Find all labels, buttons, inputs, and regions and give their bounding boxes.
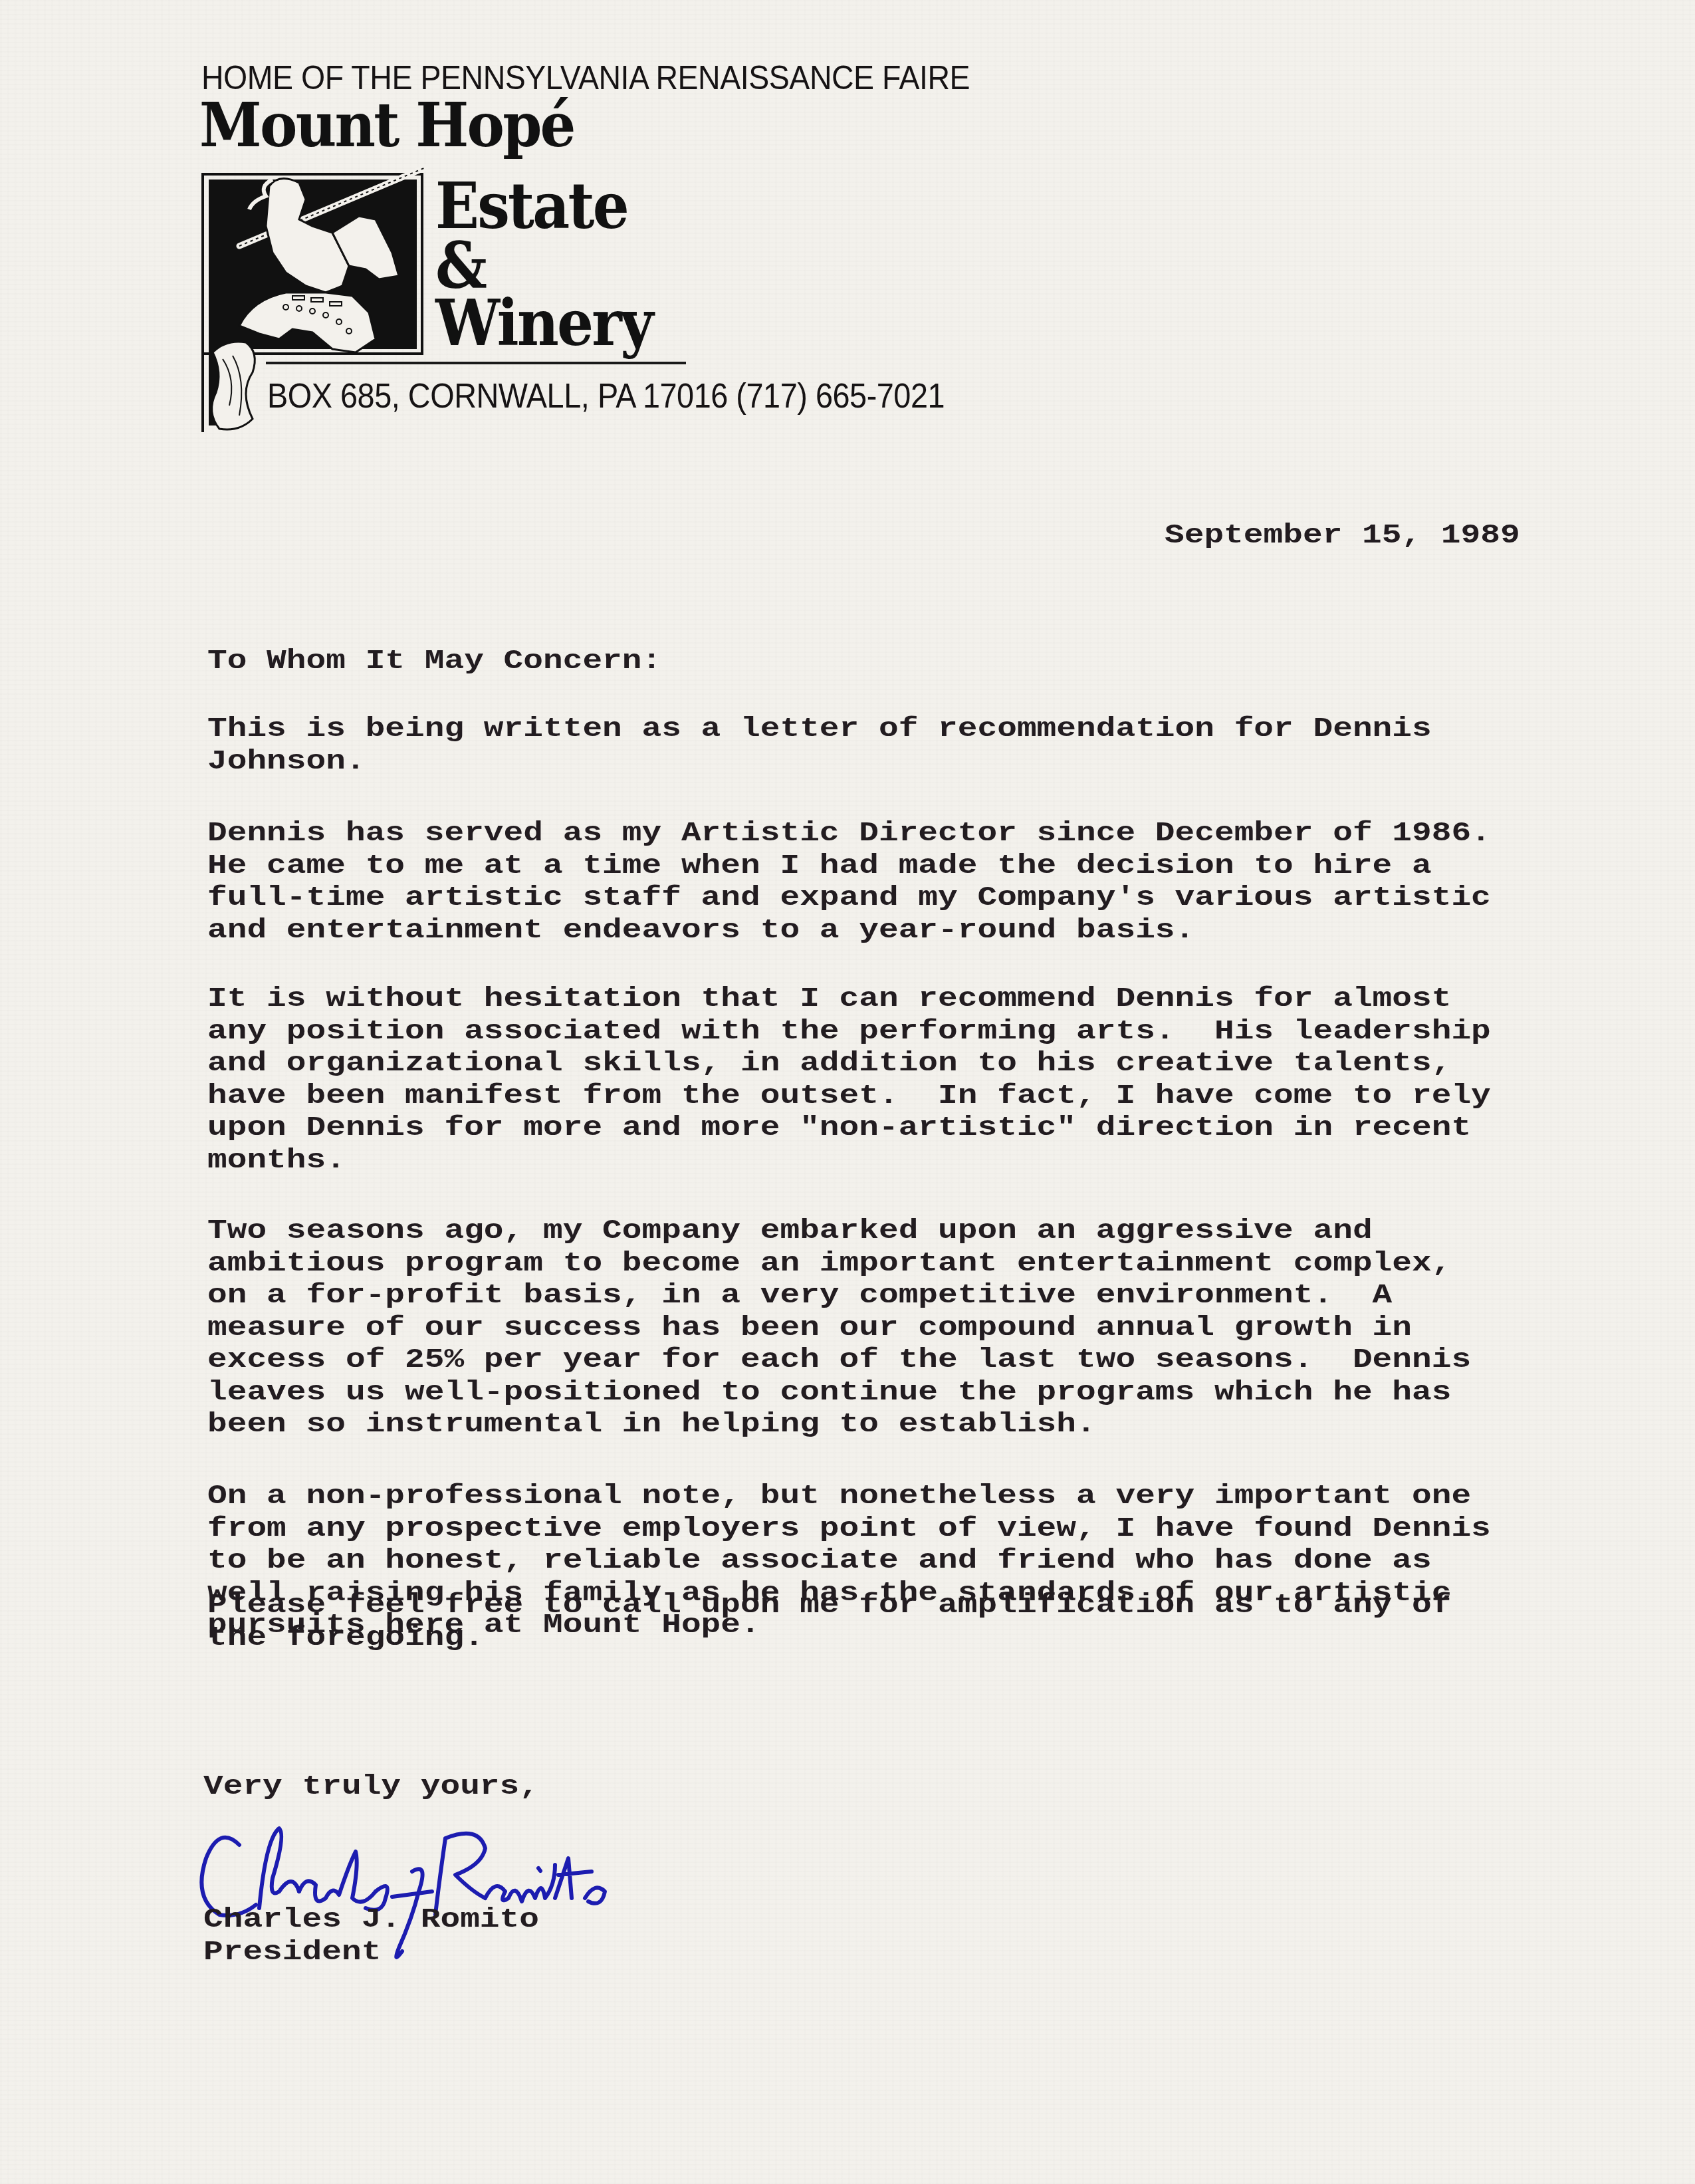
signer-name: Charles J. Romito [203,1907,539,1934]
letter-paragraph-line: full-time artistic staff and expand my C… [207,885,1491,912]
letter-paragraph-line: Please feel free to call upon me for amp… [207,1592,1451,1620]
letter-paragraph-line: the foregoing. [207,1625,484,1652]
letter-paragraph-line: have been manifest from the outset. In f… [207,1083,1491,1110]
letter-paragraph-line: on a for-profit basis, in a very competi… [207,1282,1392,1310]
letter-paragraph-line: months. [207,1148,346,1175]
letter-date: September 15, 1989 [1165,523,1520,550]
letter-paragraph-line: measure of our success has been our comp… [207,1315,1412,1342]
letter-salutation: To Whom It May Concern: [207,648,661,675]
letter-paragraph-line: upon Dennis for more and more "non-artis… [207,1115,1471,1142]
letterhead-company-name: Mount Hopé [199,89,574,161]
letterhead-word-winery: Winery [435,291,652,355]
letter-paragraph-line: Johnson. [207,749,366,776]
signer-title: President [203,1939,381,1967]
letter-paragraph-line: Dennis has served as my Artistic Directo… [207,820,1491,848]
letterhead-divider [266,362,686,364]
letter-paragraph-line: leaves us well-positioned to continue th… [207,1380,1451,1407]
letter-paragraph-line: any position associated with the perform… [207,1019,1491,1046]
letter-paragraph-line: from any prospective employers point of … [207,1516,1491,1543]
letter-paragraph-line: to be an honest, reliable associate and … [207,1548,1432,1575]
letter-paragraph-line: excess of 25% per year for each of the l… [207,1347,1471,1374]
letter-paragraph-line: and entertainment endeavors to a year-ro… [207,917,1194,945]
letter-paragraph-line: This is being written as a letter of rec… [207,716,1432,743]
letter-paragraph-line: Two seasons ago, my Company embarked upo… [207,1218,1373,1245]
letter-paragraph-line: It is without hesitation that I can reco… [207,986,1451,1013]
letterhead-address: BOX 685, CORNWALL, PA 17016 (717) 665-70… [267,376,945,416]
letter-paragraph-line: been so instrumental in helping to estab… [207,1411,1096,1439]
letter-paragraph-line: On a non-professional note, but nonethel… [207,1483,1471,1511]
letter-paragraph-line: He came to me at a time when I had made … [207,853,1432,880]
letter-closing: Very truly yours, [203,1774,539,1801]
letter-paragraph-line: ambitious program to become an important… [207,1251,1451,1278]
letter-paragraph-line: and organizational skills, in addition t… [207,1050,1451,1078]
